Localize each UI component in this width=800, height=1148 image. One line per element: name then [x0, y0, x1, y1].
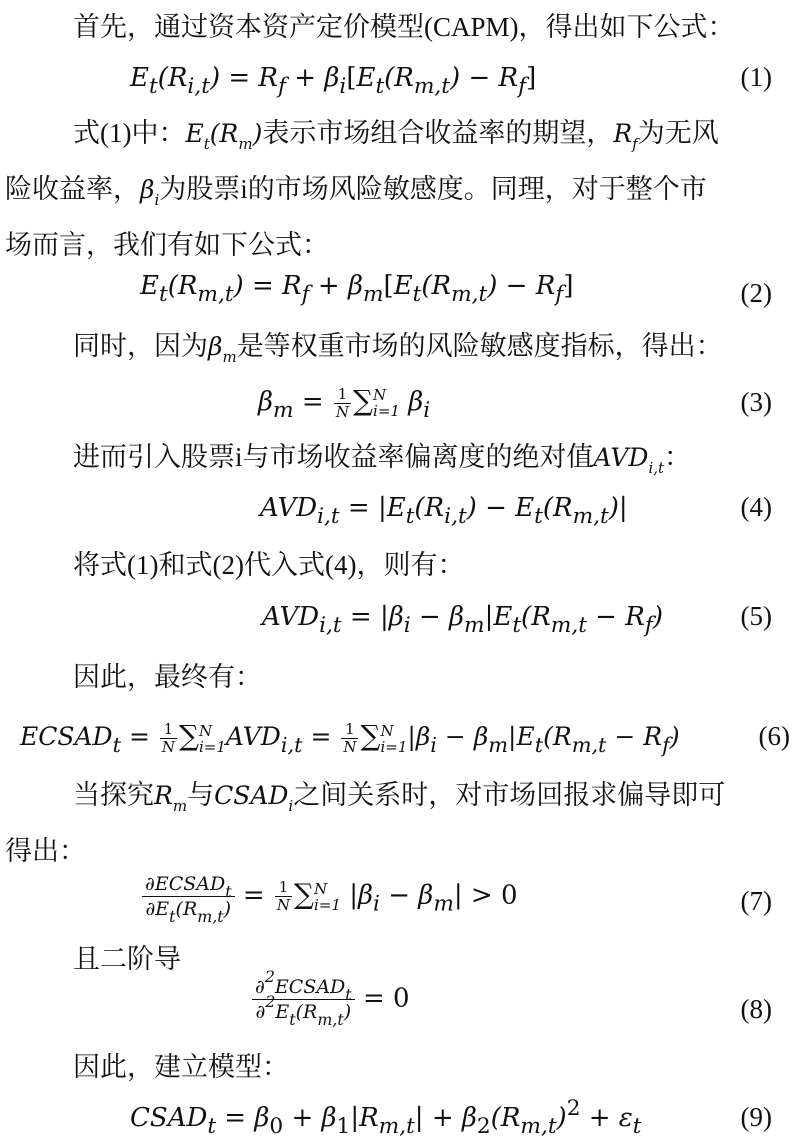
equation-number-9: (9) — [741, 1102, 772, 1133]
paragraph-beta-m: 同时，因为βm是等权重市场的风险敏感度指标，得出： — [73, 329, 723, 364]
equation-8: ∂2ECSADt∂2Et(Rm,t) = 0 — [252, 975, 410, 1024]
equation-number-4: (4) — [741, 492, 772, 523]
equation-5: AVDi,t = |βi − βm|Et(Rm,t − Rf) — [262, 599, 663, 635]
equation-9: CSADt = β0 + β1|Rm,t| + β2(Rm,t)2 + εt — [130, 1100, 641, 1136]
paragraph-derivative-line2: 得出： — [5, 834, 86, 868]
equation-7: ∂ECSADt∂Et(Rm,t) = 1N∑Ni=1 |βi − βm| > 0 — [142, 872, 518, 921]
paragraph-intro-capm: 首先，通过资本资产定价模型(CAPM)，得出如下公式： — [73, 10, 735, 44]
equation-4: AVDi,t = |Et(Ri,t) − Et(Rm,t)| — [260, 490, 628, 526]
equation-number-8: (8) — [741, 994, 772, 1025]
equation-3: βm = 1N∑Ni=1 βi — [258, 383, 430, 421]
paragraph-finally: 因此，最终有： — [73, 660, 262, 694]
equation-number-2: (2) — [741, 278, 772, 309]
equation-1: Et(Ri,t) = Rf + βi[Et(Rm,t) − Rf] — [130, 60, 536, 96]
paragraph-eq1-explanation-line2: 险收益率，βi为股票i的市场风险敏感度。同理，对于整个市 — [5, 172, 707, 207]
paragraph-build-model: 因此，建立模型： — [73, 1050, 289, 1084]
equation-number-5: (5) — [741, 601, 772, 632]
paragraph-avd-intro: 进而引入股票i与市场收益率偏离度的绝对值AVDi,t： — [73, 440, 691, 475]
paragraph-substitute: 将式(1)和式(2)代入式(4)，则有： — [73, 548, 464, 582]
paragraph-eq1-explanation-line3: 场而言，我们有如下公式： — [5, 228, 329, 262]
equation-6: ECSADt = 1N∑Ni=1AVDi,t = 1N∑Ni=1|βi − βm… — [20, 718, 680, 756]
equation-number-6: (6) — [759, 721, 790, 752]
equation-number-3: (3) — [741, 387, 772, 418]
paragraph-second-derivative: 且二阶导 — [73, 942, 181, 976]
paragraph-derivative-line1: 当探究Rm与CSADi之间关系时，对市场回报求偏导即可 — [73, 778, 725, 813]
equation-2: Et(Rm,t) = Rf + βm[Et(Rm,t) − Rf] — [140, 268, 573, 304]
paragraph-eq1-explanation-line1: 式(1)中：Et(Rm)表示市场组合收益率的期望，Rf为无风 — [73, 116, 719, 151]
equation-number-1: (1) — [741, 62, 772, 93]
equation-number-7: (7) — [741, 886, 772, 917]
